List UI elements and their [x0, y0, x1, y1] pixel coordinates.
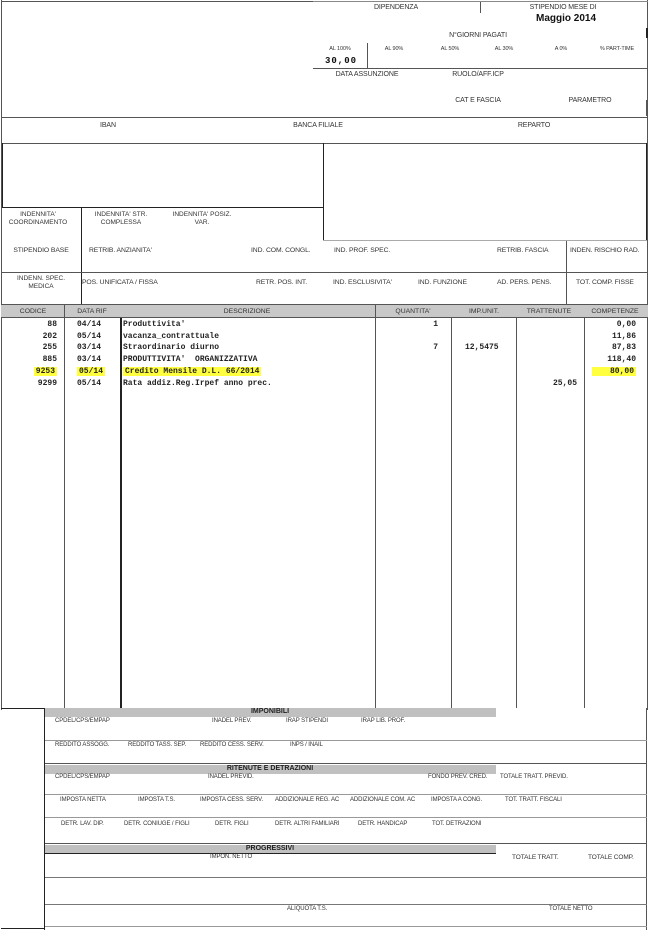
prog-totale-comp: TOTALE COMP.: [588, 854, 634, 861]
cell-codice: 255: [43, 343, 57, 352]
cell-descrizione: vacanza_contrattuale: [123, 332, 219, 341]
col-descrizione: DESCRIZIONE: [224, 308, 270, 315]
indennita-coordinamento-line2: COORDINAMENTO: [9, 219, 67, 227]
cell-competenze: 118,40: [607, 355, 636, 364]
cell-descrizione: PRODUTTIVITA' ORGANIZZATIVA: [123, 355, 257, 364]
rit-cpdel: CPDEL/CPS/EMPAP: [55, 774, 110, 780]
imp-reddito-assogg: REDDITO ASSOGG.: [55, 742, 109, 748]
rit-fondo-prev: FONDO PREV. CRED.: [428, 774, 487, 780]
rit-tot-detrazioni: TOT. DETRAZIONI: [432, 821, 481, 827]
imponibili-title: IMPONIBILI: [251, 708, 289, 715]
col-competenze: COMPETENZE: [591, 308, 638, 315]
indennita-posiz-line2: VAR.: [173, 219, 232, 227]
cell-trattenute: 25,05: [553, 379, 577, 388]
cell-codice: 9299: [38, 379, 57, 388]
indennita-str-line1: INDENNITA' STR.: [95, 211, 147, 219]
header-line-2: [313, 68, 648, 69]
rit-bottom-line: [45, 843, 647, 844]
pos-unificata-label: POS. UNIFICATA / FISSA: [82, 279, 158, 286]
bottom-left-box-bottom: [1, 928, 45, 929]
cell-data: 05/14: [77, 367, 105, 376]
reparto-label: REPARTO: [518, 122, 550, 129]
indenn-spec-medica-line2: MEDICA: [17, 283, 65, 291]
rit-imposta-netta: IMPOSTA NETTA: [60, 797, 106, 803]
imp-inadel: INADEL PREV.: [212, 718, 251, 724]
giorni-divider: [367, 43, 368, 68]
stipendio-base-label: STIPENDIO BASE: [13, 247, 68, 254]
imp-cpdel: CPDEL/CPS/EMPAP: [55, 718, 110, 724]
table-row: 20205/14vacanza_contrattuale11,86: [0, 332, 650, 344]
fixed-divider: [81, 207, 82, 304]
cell-quantita: 1: [433, 320, 438, 329]
prog-row2-line: [45, 904, 647, 905]
indennita-posiz-line1: INDENNITA' POSIZ.: [173, 211, 232, 219]
prog-impon-netto: IMPON. NETTO: [210, 854, 252, 860]
cell-codice: 202: [43, 332, 57, 341]
cell-competenze: 87,83: [612, 343, 636, 352]
imp-irap-lib-prof: IRAP LIB. PROF.: [361, 718, 405, 724]
col-codice: CODICE: [20, 308, 46, 315]
rit-tot-tratt-fiscali: TOT. TRATT. FISCALI: [505, 797, 562, 803]
giorni-col-90: AL 90%: [385, 46, 403, 52]
giorni-pagati-label: N°GIORNI PAGATI: [449, 32, 507, 39]
giorni-col-30: AL 30%: [495, 46, 513, 52]
cell-codice: 885: [43, 355, 57, 364]
table-row: 925305/14Credito Mensile D.L. 66/201480,…: [0, 367, 650, 379]
rit-inadel: INADEL PREVID.: [208, 774, 254, 780]
bottom-right-edge: [646, 708, 647, 930]
header-divider: [480, 2, 481, 13]
bank-top-line: [1, 117, 648, 118]
giorni-value: 30,00: [325, 56, 357, 66]
giorni-col-parttime: % PART-TIME: [600, 46, 634, 52]
indenn-spec-medica-line1: INDENN. SPEC.: [17, 275, 65, 283]
box-mid-edge: [323, 143, 324, 241]
retrib-fascia-label: RETRIB. FASCIA: [497, 247, 548, 254]
rit-detr-figli: DETR. FIGLI: [215, 821, 249, 827]
bottom-left-box-top: [1, 708, 45, 709]
prog-totale-netto: TOTALE NETTO: [549, 906, 592, 912]
indennita-str-line2: COMPLESSA: [95, 219, 147, 227]
data-assunzione-label: DATA ASSUNZIONE: [336, 71, 399, 78]
indennita-str-complessa: INDENNITA' STR. COMPLESSA: [95, 211, 147, 227]
header-tick: [646, 28, 648, 38]
retr-pos-int-label: RETR. POS. INT.: [256, 279, 307, 286]
banca-filiale-label: BANCA FILIALE: [293, 122, 343, 129]
cell-descrizione: Produttivita': [123, 320, 185, 329]
col-quantita: QUANTITA': [395, 308, 430, 315]
box-right-edge: [646, 143, 647, 241]
frame-top-left: [1, 1, 313, 2]
imp-reddito-tass-sep: REDDITO TASS. SEP.: [128, 742, 186, 748]
iban-label: IBAN: [100, 122, 116, 129]
cell-data: 03/14: [77, 343, 101, 352]
ruolo-label: RUOLO/AFF.ICP: [452, 71, 504, 78]
table-row: 929905/14Rata addiz.Reg.Irpef anno prec.…: [0, 379, 650, 391]
indennita-posiz-var: INDENNITA' POSIZ. VAR.: [173, 211, 232, 227]
cell-quantita: 7: [433, 343, 438, 352]
rit-imposta-cess-serv: IMPOSTA CESS. SERV.: [200, 797, 263, 803]
col-data-rif: DATA RIF: [77, 308, 107, 315]
retrib-anzianita-label: RETRIB. ANZIANITA': [89, 247, 152, 254]
fixed-row-separator: [1, 272, 648, 273]
indennita-coordinamento-line1: INDENNITA': [9, 211, 67, 219]
ad-pers-pens-label: AD. PERS. PENS.: [497, 279, 551, 286]
rit-detr-handicap: DETR. HANDICAP: [358, 821, 407, 827]
inden-rischio-rad-label: INDEN. RISCHIO RAD.: [570, 247, 639, 254]
rit-detr-altri-familiari: DETR. ALTRI FAMILIARI: [275, 821, 339, 827]
parametro-label: PARAMETRO: [569, 97, 612, 104]
header-tick-2: [646, 100, 647, 116]
prog-bottom-line: [45, 926, 647, 927]
indennita-coordinamento: INDENNITA' COORDINAMENTO: [9, 211, 67, 227]
box-left-edge: [2, 143, 3, 208]
dipendenza-label: DIPENDENZA: [374, 4, 418, 11]
cell-codice: 9253: [34, 367, 57, 376]
rit-detr-lav-dip: DETR. LAV. DIP.: [61, 821, 104, 827]
rit-addizionale-reg: ADDIZIONALE REG. AC: [275, 797, 339, 803]
indenn-spec-medica: INDENN. SPEC. MEDICA: [17, 275, 65, 291]
ind-com-congl-label: IND. COM. CONGL.: [251, 247, 311, 254]
imp-irap-stipendi: IRAP STIPENDI: [286, 718, 328, 724]
progressivi-title: PROGRESSIVI: [246, 845, 294, 852]
cell-descrizione: Credito Mensile D.L. 66/2014: [123, 367, 261, 376]
ritenute-title: RITENUTE E DETRAZIONI: [227, 765, 313, 772]
table-row: 88503/14PRODUTTIVITA' ORGANIZZATIVA118,4…: [0, 355, 650, 367]
prog-aliquota-ts: ALIQUOTA T.S.: [287, 906, 327, 912]
giorni-col-0: A 0%: [555, 46, 567, 52]
stipendio-month: Maggio 2014: [536, 13, 596, 24]
tot-comp-fisse-label: TOT. COMP. FISSE: [576, 279, 634, 286]
ind-esclusivita-label: IND. ESCLUSIVITA': [333, 279, 392, 286]
cell-competenze: 80,00: [592, 367, 636, 376]
rit-imposta-ts: IMPOSTA T.S.: [138, 797, 175, 803]
table-row: 25503/14Straordinario diurno712,547587,8…: [0, 343, 650, 355]
cell-imp-unit: 12,5475: [465, 343, 499, 352]
cell-descrizione: Straordinario diurno: [123, 343, 219, 352]
cell-data: 05/14: [77, 332, 101, 341]
cell-competenze: 0,00: [617, 320, 636, 329]
rit-row1-line: [45, 794, 647, 795]
cell-descrizione: Rata addiz.Reg.Irpef anno prec.: [123, 379, 272, 388]
col-imp-unit: IMP.UNIT.: [469, 308, 499, 315]
cell-data: 05/14: [77, 379, 101, 388]
prog-totale-tratt: TOTALE TRATT.: [512, 854, 559, 861]
col-trattenute: TRATTENUTE: [527, 308, 571, 315]
cat-fascia-label: CAT E FASCIA: [455, 97, 501, 104]
bank-bottom-line: [1, 143, 648, 144]
rit-totale-tratt-previd: TOTALE TRATT. PREVID.: [500, 774, 568, 780]
rit-detr-coniuge: DETR. CONIUGE / FIGLI: [124, 821, 190, 827]
cell-competenze: 11,86: [612, 332, 636, 341]
imp-reddito-cess-serv: REDDITO CESS. SERV.: [200, 742, 264, 748]
imp-bottom-line: [45, 763, 647, 764]
ind-prof-spec-label: IND. PROF. SPEC.: [334, 247, 390, 254]
cell-data: 04/14: [77, 320, 101, 329]
prog-row1-line: [45, 877, 647, 878]
rit-addizionale-com: ADDIZIONALE COM. AC: [350, 797, 415, 803]
rit-imposta-a-cong: IMPOSTA A CONG.: [431, 797, 482, 803]
cell-data: 03/14: [77, 355, 101, 364]
rit-row2-line: [45, 817, 647, 818]
giorni-col-100: AL 100%: [329, 46, 350, 52]
giorni-col-50: AL 50%: [441, 46, 459, 52]
table-header: CODICE DATA RIF DESCRIZIONE QUANTITA' IM…: [1, 304, 648, 318]
box-right-bottom: [323, 240, 647, 241]
imp-inps-inail: INPS / INAIL: [290, 742, 323, 748]
table-row: 8804/14Produttivita'10,00: [0, 320, 650, 332]
ind-funzione-label: IND. FUNZIONE: [418, 279, 467, 286]
cell-codice: 88: [47, 320, 57, 329]
prog-bar-underline: [45, 853, 496, 854]
stipendio-label: STIPENDIO MESE DI: [530, 4, 597, 11]
bottom-left-box-right: [44, 708, 45, 930]
imp-row-line: [45, 740, 647, 741]
box-left-bottom: [2, 207, 323, 208]
